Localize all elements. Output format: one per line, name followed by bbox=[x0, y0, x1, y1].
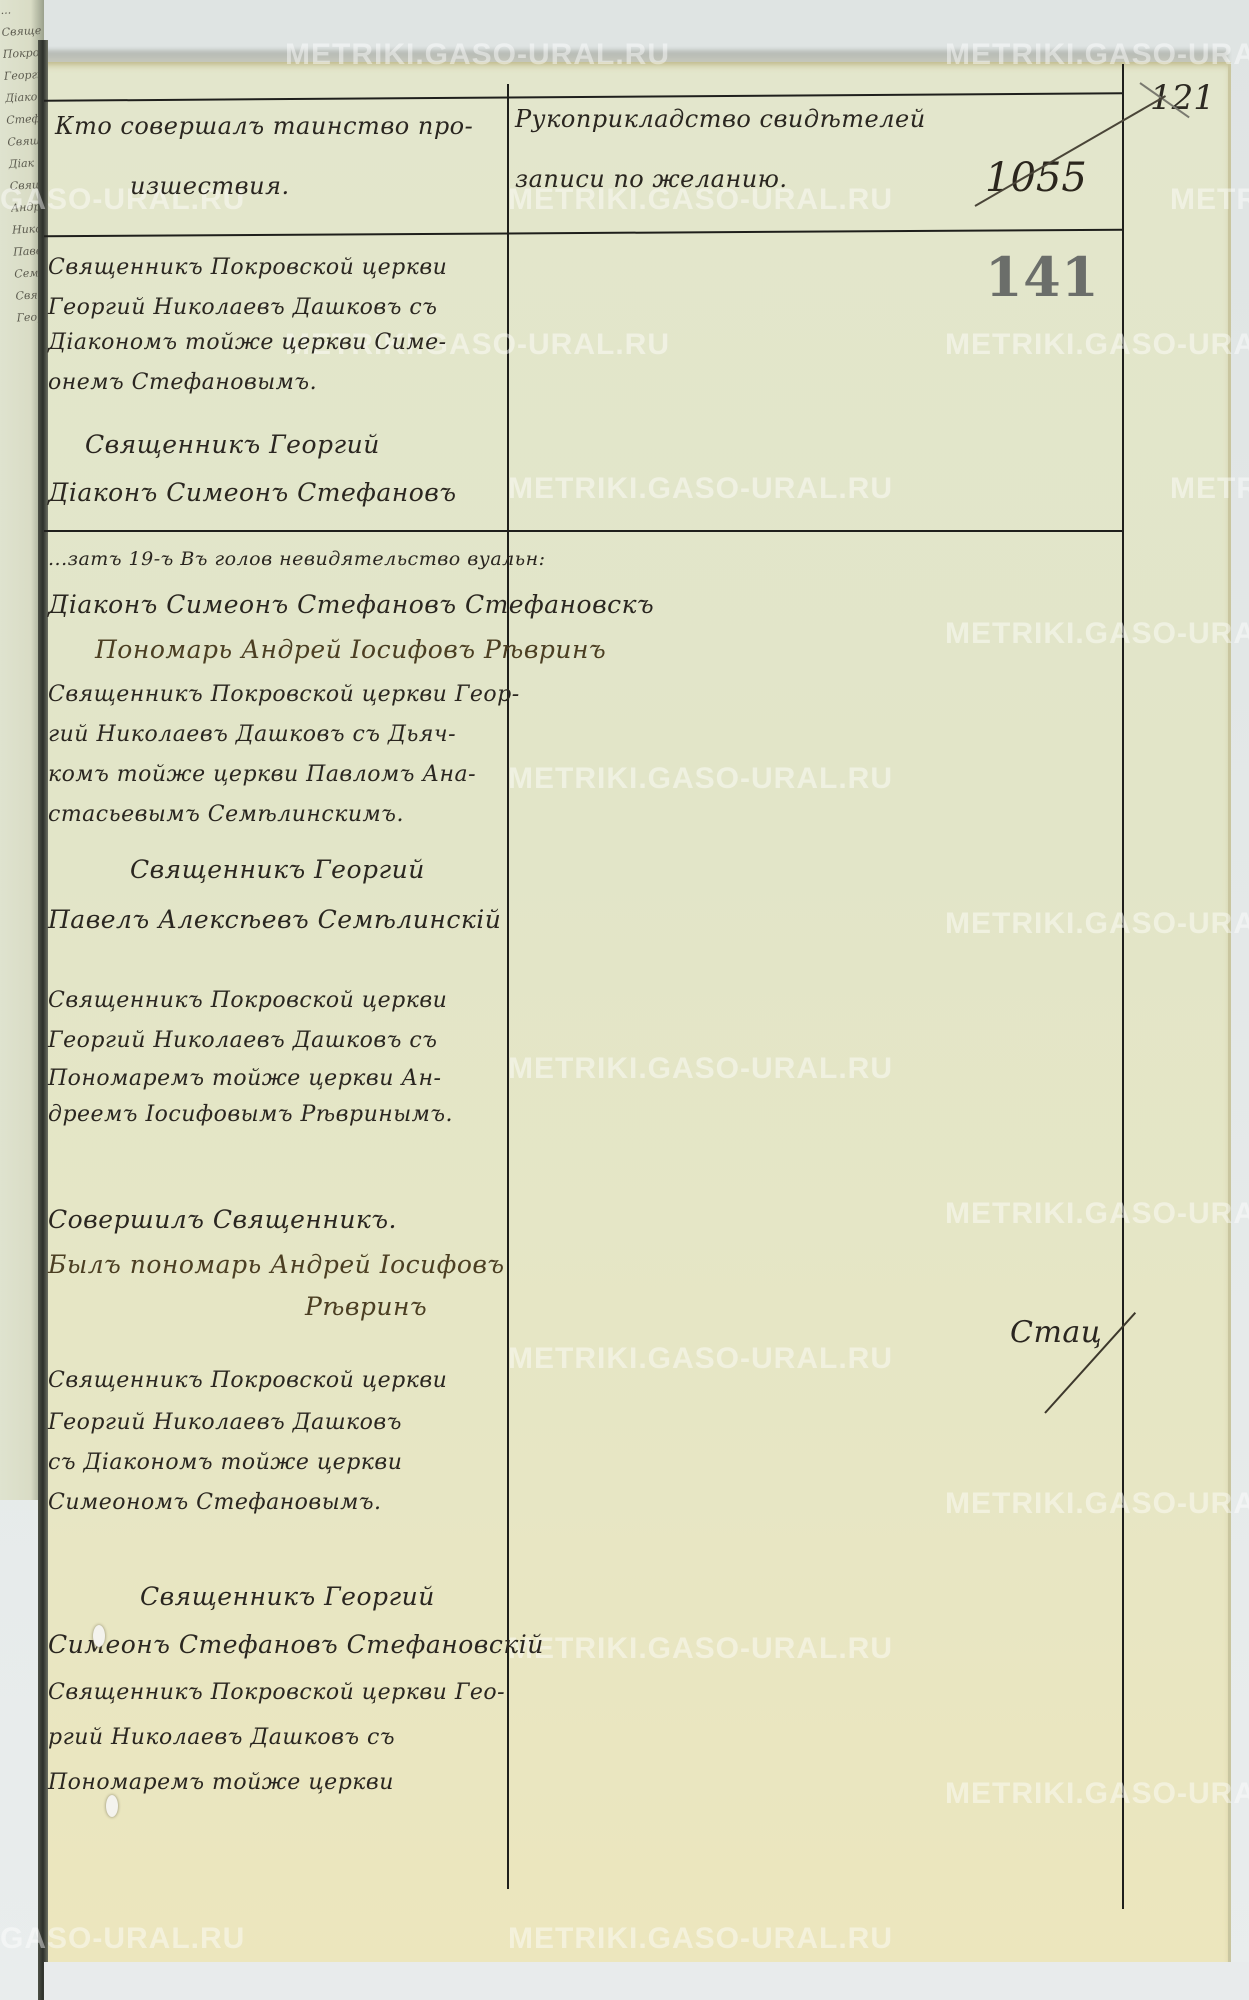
row0-performer-line: Діакономъ тойже церкви Симе- bbox=[48, 330, 447, 355]
row2-witness-signature: Стац bbox=[1010, 1315, 1102, 1350]
row1-performer-line: Священникъ Покровской церкви Геор- bbox=[48, 682, 520, 707]
header-col2-line1: Рукоприкладство свидѣтелей bbox=[515, 105, 926, 133]
row1-performer-line: гий Николаевъ Дашковъ съ Дьяч- bbox=[48, 722, 456, 747]
header-col1-line2: изшествия. bbox=[130, 172, 290, 200]
row0-performer-line: Георгий Николаевъ Дашковъ съ bbox=[48, 295, 437, 320]
header-col2-line2: записи по желанию. bbox=[515, 165, 787, 193]
row2-performer-line: Георгий Николаевъ Дашковъ съ bbox=[48, 1028, 437, 1053]
row0-signature: Священникъ Георгий bbox=[85, 430, 380, 459]
row1-performer-line: комъ тойже церкви Павломъ Ана- bbox=[48, 762, 476, 787]
row0-signature: Діаконъ Симеонъ Стефановъ bbox=[48, 478, 457, 507]
row2-signature: Рѣвринъ bbox=[305, 1292, 427, 1321]
margin-note: ... bbox=[0, 0, 41, 22]
row1-signature-top: Діаконъ Симеонъ Стефановъ Стефановскъ bbox=[48, 590, 654, 619]
row1-note: ...затъ 19-ъ Въ голов невидятельство вуа… bbox=[48, 548, 546, 570]
row2-signature: Совершилъ Священникъ. bbox=[48, 1205, 397, 1234]
row3-signature: Священникъ Георгий bbox=[140, 1582, 435, 1611]
row2-performer-line: дреемъ Іосифовымъ Рѣвринымъ. bbox=[48, 1102, 453, 1127]
row3-signature: Симеонъ Стефановъ Стефановскій bbox=[48, 1630, 544, 1659]
book-spine bbox=[38, 40, 48, 2000]
margin-note: Священ bbox=[1, 20, 42, 44]
row2-performer-line: Пономаремъ тойже церкви Ан- bbox=[48, 1066, 441, 1091]
row-divider-rule bbox=[44, 530, 1124, 532]
entry-number: 1055 bbox=[985, 155, 1087, 201]
header-col1-line1: Кто совершалъ таинство про- bbox=[55, 112, 473, 140]
row3-performer-line: Священникъ Покровской церкви bbox=[48, 1368, 447, 1393]
row2-signature: Былъ пономарь Андрей Іосифовъ bbox=[48, 1250, 505, 1279]
scanner-bed bbox=[44, 1962, 1249, 2000]
row1-performer-line: стасьевымъ Семѣлинскимъ. bbox=[48, 802, 404, 827]
binding-hole bbox=[93, 1625, 105, 1647]
row1-signature: Священникъ Георгий bbox=[130, 855, 425, 884]
row4-performer-line: ргий Николаевъ Дашковъ съ bbox=[48, 1725, 395, 1750]
row0-performer-line: онемъ Стефановымъ. bbox=[48, 370, 317, 395]
row3-performer-line: Симеономъ Стефановымъ. bbox=[48, 1490, 382, 1515]
row3-performer-line: Георгий Николаевъ Дашковъ bbox=[48, 1410, 402, 1435]
row0-performer-line: Священникъ Покровской церкви bbox=[48, 255, 447, 280]
row3-performer-line: съ Діакономъ тойже церкви bbox=[48, 1450, 402, 1475]
pencil-annotation: 141 bbox=[985, 245, 1099, 309]
column-divider-2 bbox=[1122, 64, 1124, 1909]
row2-performer-line: Священникъ Покровской церкви bbox=[48, 988, 447, 1013]
row1-signature: Павелъ Алексѣевъ Семѣлинскій bbox=[48, 905, 501, 934]
binding-hole bbox=[106, 1795, 118, 1817]
row4-performer-line: Священникъ Покровской церкви Гео- bbox=[48, 1680, 505, 1705]
row4-performer-line: Пономаремъ тойже церкви bbox=[48, 1770, 394, 1795]
column-divider-1 bbox=[507, 84, 509, 1889]
row1-signature-top: Пономарь Андрей Іосифовъ Рѣвринъ bbox=[95, 635, 606, 664]
